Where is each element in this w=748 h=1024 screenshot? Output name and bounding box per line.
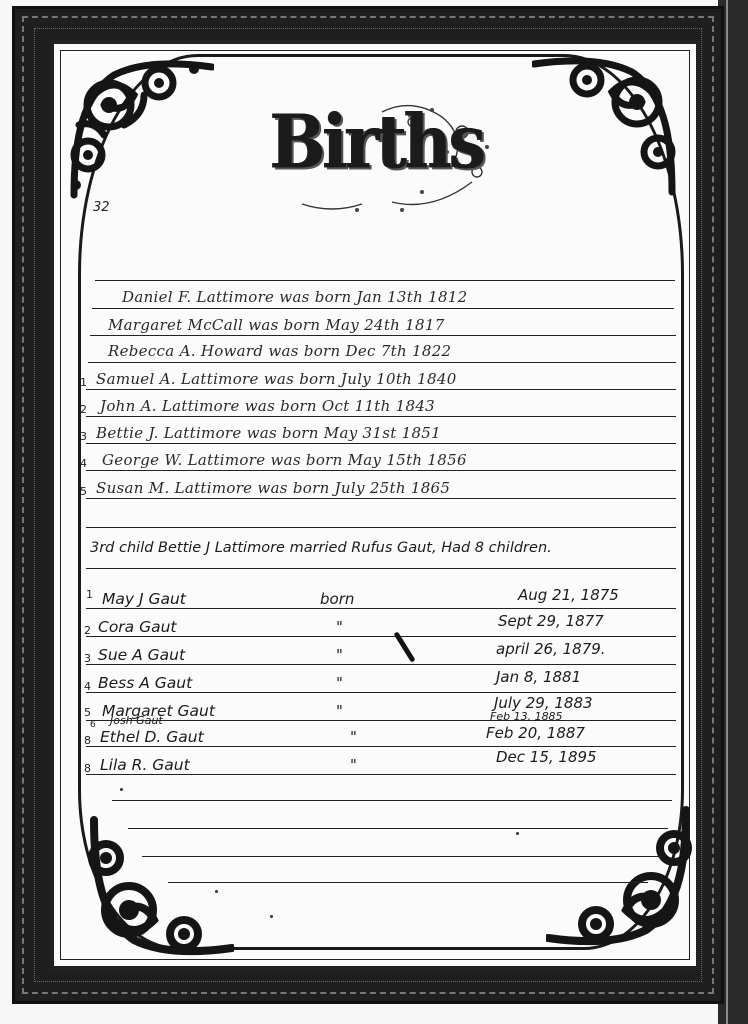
child-name: Ethel D. Gaut <box>100 728 204 746</box>
ink-speck <box>516 832 519 835</box>
child-index: 8 <box>84 762 91 775</box>
entry-index: 3 <box>80 430 87 443</box>
entry-index: 1 <box>80 376 87 389</box>
entry-text: Daniel F. Lattimore was born Jan 13th 18… <box>122 288 468 306</box>
child-born: " <box>336 674 343 692</box>
child-index: 8 <box>84 734 91 747</box>
child-born: " <box>350 728 357 746</box>
child-index: 1 <box>86 588 93 601</box>
child-date: Dec 15, 1895 <box>496 748 597 766</box>
child-born: " <box>350 756 357 774</box>
child-born: " <box>336 618 343 636</box>
title-block: Births <box>262 92 502 222</box>
marriage-note: 3rd child Bettie J Lattimore married Ruf… <box>90 540 552 556</box>
child-born: " <box>336 702 343 720</box>
entry-index: 4 <box>80 457 87 470</box>
child-index: 5 <box>84 706 91 719</box>
child-index: 3 <box>84 652 91 665</box>
child-born: born <box>320 590 354 608</box>
ink-speck <box>215 890 218 893</box>
child-name: Josh Gaut <box>110 714 163 727</box>
entry-text: George W. Lattimore was born May 15th 18… <box>102 451 467 469</box>
ornament-corner-top-left-icon <box>64 55 214 205</box>
child-name: Bess A Gaut <box>98 674 192 692</box>
entry-text: Bettie J. Lattimore was born May 31st 18… <box>96 424 441 442</box>
ink-speck <box>120 788 123 791</box>
ornament-corner-bottom-right-icon <box>546 800 696 950</box>
entry-index: 2 <box>80 403 87 416</box>
child-name: May J Gaut <box>102 590 186 608</box>
entry-text: Susan M. Lattimore was born July 25th 18… <box>96 479 450 497</box>
entry-text: Rebecca A. Howard was born Dec 7th 1822 <box>108 342 451 360</box>
child-date: Aug 21, 1875 <box>518 586 619 604</box>
child-date: Feb 13, 1885 <box>490 710 563 723</box>
child-index: 6 <box>90 720 96 730</box>
child-index: 2 <box>84 624 91 637</box>
child-date: Feb 20, 1887 <box>486 724 585 742</box>
ornament-corner-bottom-left-icon <box>84 810 234 960</box>
entry-text: Margaret McCall was born May 24th 1817 <box>108 316 445 334</box>
child-name: Cora Gaut <box>98 618 177 636</box>
page-title: Births <box>270 98 483 185</box>
child-name: Sue A Gaut <box>98 646 185 664</box>
child-index: 4 <box>84 680 91 693</box>
entry-text: John A. Lattimore was born Oct 11th 1843 <box>100 397 435 415</box>
entry-text: Samuel A. Lattimore was born July 10th 1… <box>96 370 457 388</box>
entry-index: 5 <box>80 485 87 498</box>
ornament-corner-top-right-icon <box>532 52 682 202</box>
child-born: " <box>336 646 343 664</box>
page-number: 32 <box>93 200 110 215</box>
child-date: Sept 29, 1877 <box>498 612 604 630</box>
ink-speck <box>270 915 273 918</box>
child-date: april 26, 1879. <box>496 640 606 658</box>
child-name: Lila R. Gaut <box>100 756 190 774</box>
child-date: Jan 8, 1881 <box>496 668 581 686</box>
